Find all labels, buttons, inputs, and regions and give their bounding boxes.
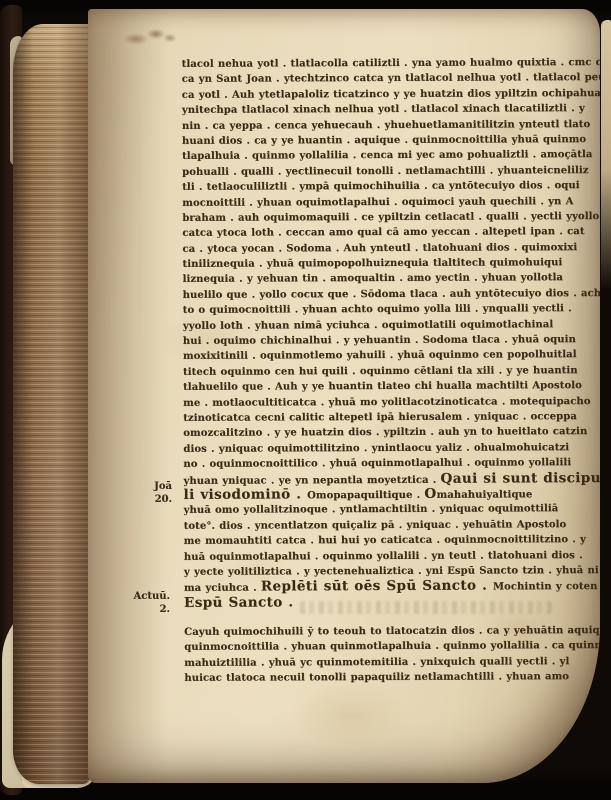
manuscript-line: to o quimocnoittili . yhuan achto oquimo… bbox=[183, 301, 587, 318]
manuscript-line: huani dios . ca y ye huantin . aquique .… bbox=[182, 132, 586, 149]
text-segment: moxixitinili . oquinmotlemo yahuili . yh… bbox=[183, 350, 577, 363]
manuscript-line: me momauhtiti catca . hui hui yo caticat… bbox=[184, 532, 588, 549]
manuscript-line: tzinoticatca cecni calitic altepetl ipā … bbox=[183, 409, 587, 426]
text-segment: me momauhtiti catca . hui hui yo caticat… bbox=[184, 534, 586, 547]
paragraph: Cayuh quimochihuili ȳ to teouh to tlatoc… bbox=[184, 623, 588, 686]
text-segment: ca yn Sant Joan . ytechtzinco catca yn t… bbox=[182, 72, 600, 85]
manuscript-line: tlahuelilo que . Auh y ye huantin tlateo… bbox=[183, 378, 587, 395]
text-segment: braham . auh oquimomaquili . ce ypiltzin… bbox=[182, 211, 599, 224]
text-segment: ynitechpa tlatlacol xinach nelhua yotl .… bbox=[182, 103, 585, 116]
manuscript-line: hui . oquimo chichinalhui . y yehuantin … bbox=[183, 332, 587, 349]
text-segment: tlacol nehua yotl . tlatlacolla catilizt… bbox=[182, 57, 600, 70]
manuscript-line: ca . ytoca yocan . Sodoma . Auh ynteutl … bbox=[182, 240, 586, 257]
manuscript-line: tiniliznequia . yhuā quimopopolhuiznequi… bbox=[183, 255, 587, 272]
manuscript-line: tlapalhuia . quinmo yollalilia . cenca m… bbox=[182, 147, 586, 164]
manuscript-text: tlacol nehua yotl . tlatlacolla catilizt… bbox=[182, 55, 589, 686]
text-segment: nin . ca yeppa . cenca yehuecauh . yhueh… bbox=[182, 119, 590, 132]
manuscript-line: Espū Sancto . bbox=[184, 594, 588, 611]
text-segment: Replēti sūt oēs Spū Sancto . bbox=[261, 578, 493, 595]
manuscript-line: yhuan yniquac . ye yn nepantla moyetztic… bbox=[183, 471, 587, 488]
manuscript-line: nin . ca yeppa . cenca yehuecauh . yhueh… bbox=[182, 117, 586, 134]
manuscript-line: huā oquinmotlapalhui . oquinmo yollalili… bbox=[184, 548, 588, 565]
manuscript-line: catca ytoca loth . ceccan amo qual cā am… bbox=[182, 224, 586, 241]
gutter-shadow bbox=[88, 9, 184, 783]
text-segment: no . oquinmocnoittilico . yhuā oquinmotl… bbox=[183, 457, 571, 470]
text-segment: tli . tetlaoculiliztli . ympā quimochihu… bbox=[182, 180, 580, 193]
margin-note-acts-2: Actuū. 2. bbox=[126, 590, 170, 616]
manuscript-line: tli . tetlaoculiliztli . ympā quimochihu… bbox=[182, 178, 586, 195]
text-segment: quinmocnoittilia . yhuan quinmotlapalhui… bbox=[184, 640, 600, 653]
manuscript-line: quinmocnoittilia . yhuan quinmotlapalhui… bbox=[184, 639, 588, 656]
text-segment: huani dios . ca y ye huantin . aquique .… bbox=[182, 134, 586, 147]
manuscript-line: tote°. dios . yncentlatzon quiçaliz pā .… bbox=[184, 517, 588, 534]
text-segment: me . motlaocultiticatca . yhuā mo yolitl… bbox=[183, 396, 590, 409]
manuscript-photo: Joā 20. Actuū. 2. tlacol nehua yotl . tl… bbox=[0, 0, 611, 800]
text-segment: tote°. dios . yncentlatzon quiçaliz pā .… bbox=[184, 519, 567, 532]
manuscript-line: huicac tlatoca necuil tonolli papaquiliz… bbox=[184, 669, 588, 686]
manuscript-line: yyollo loth . yhuan nimā yciuhca . oquim… bbox=[183, 317, 587, 334]
text-segment: mahuiztililia . yhuā yc quinmotemitilia … bbox=[184, 656, 569, 669]
manuscript-line: liznequia . y yehuan tin . amoqualtin . … bbox=[183, 271, 587, 288]
text-segment: pohualli . qualli . yectlinecuil tonolli… bbox=[182, 165, 588, 178]
text-segment: Qaui si sunt discipu bbox=[440, 470, 600, 487]
manuscript-line: tlacol nehua yotl . tlatlacolla catilizt… bbox=[182, 55, 586, 72]
manuscript-line: ma yciuhca . Replēti sūt oēs Spū Sancto … bbox=[184, 578, 588, 595]
text-segment: ca . ytoca yocan . Sodoma . Auh ynteutl … bbox=[182, 242, 577, 255]
text-segment: tlahuelilo que . Auh y ye huantin tlateo… bbox=[183, 380, 582, 393]
manuscript-line: moxixitinili . oquinmotlemo yahuili . yh… bbox=[183, 348, 587, 365]
manuscript-line: pohualli . qualli . yectlinecuil tonolli… bbox=[182, 163, 586, 180]
text-segment: tzinoticatca cecni calitic altepetl ipā … bbox=[183, 411, 577, 424]
text-segment: tlapalhuia . quinmo yollalilia . cenca m… bbox=[182, 149, 592, 162]
manuscript-line: huelilo que . yollo cocux que . Sōdoma t… bbox=[183, 286, 587, 303]
paragraph: tlacol nehua yotl . tlatlacolla catilizt… bbox=[182, 55, 588, 611]
manuscript-line: ynitechpa tlatlacol xinach nelhua yotl .… bbox=[182, 101, 586, 118]
manuscript-page: Joā 20. Actuū. 2. tlacol nehua yotl . tl… bbox=[88, 9, 600, 783]
text-segment: li visodominō . bbox=[184, 486, 308, 503]
text-segment: titech oquinmo cen hui quili . oquinmo c… bbox=[183, 365, 578, 378]
text-segment: yyollo loth . yhuan nimā yciuhca . oquim… bbox=[183, 319, 553, 332]
book-fore-edge-pages bbox=[13, 24, 91, 784]
text-segment: to o quimocnoittili . yhuan achto oquimo… bbox=[183, 303, 572, 316]
manuscript-line: dios . yniquac oquimottilitzino . ynintl… bbox=[183, 440, 587, 457]
text-segment: catca ytoca loth . ceccan amo qual cā am… bbox=[182, 226, 584, 239]
margin-note-john-20: Joā 20. bbox=[128, 480, 172, 506]
manuscript-line: li visodominō . Omopapaquiltique . Omaha… bbox=[184, 486, 588, 503]
manuscript-line: yhuā omo yollalitzinoque . yntlamachtilt… bbox=[184, 501, 588, 518]
text-segment: Cayuh quimochihuili ȳ to teouh to tlatoc… bbox=[184, 625, 600, 638]
margin-note-chapter: 20. bbox=[128, 493, 172, 506]
text-segment: ca yotl . Auh ytetlapaloliz ticatzinco y… bbox=[182, 88, 600, 101]
text-segment: huā oquinmotlapalhui . oquinmo yollalili… bbox=[184, 550, 583, 563]
manuscript-line: ca yn Sant Joan . ytechtzinco catca yn t… bbox=[182, 71, 586, 88]
text-segment: Mochintin y coten que ʒ bbox=[493, 581, 600, 593]
margin-note-book: Joā bbox=[128, 480, 172, 493]
text-segment: huelilo que . yollo cocux que . Sōdoma t… bbox=[183, 288, 600, 301]
margin-note-book: Actuū. bbox=[126, 590, 170, 603]
manuscript-line: mahuiztililia . yhuā yc quinmotemitilia … bbox=[184, 654, 588, 671]
text-segment: mocnoittili . yhuan oquimotlapalhui . oq… bbox=[182, 196, 573, 209]
text-segment: y yecte yolitiliztica . y yectenehualizt… bbox=[184, 565, 599, 578]
text-segment: huicac tlatoca necuil tonolli papaquiliz… bbox=[184, 671, 569, 684]
text-segment: tiniliznequia . yhuā quimopopolhuiznequi… bbox=[183, 257, 563, 270]
text-segment: Espū Sancto . bbox=[184, 594, 293, 610]
manuscript-line: Cayuh quimochihuili ȳ to teouh to tlatoc… bbox=[184, 623, 588, 640]
manuscript-line: mocnoittili . yhuan oquimotlapalhui . oq… bbox=[182, 194, 586, 211]
text-segment: mahahuiyaltique bbox=[437, 489, 533, 500]
manuscript-line: me . motlaocultiticatca . yhuā mo yolitl… bbox=[183, 394, 587, 411]
text-segment: dios . yniquac oquimottilitzino . ynintl… bbox=[183, 442, 569, 455]
text-segment: Omopapaquiltique . bbox=[307, 490, 424, 502]
manuscript-line: titech oquinmo cen hui quili . oquinmo c… bbox=[183, 363, 587, 380]
text-segment: yhuan yniquac . ye yn nepantla moyetztic… bbox=[183, 474, 440, 486]
manuscript-line: ca yotl . Auh ytetlapaloliz ticatzinco y… bbox=[182, 86, 586, 103]
text-segment: omozcalitzino . y ye huatzin dios . ypil… bbox=[183, 426, 587, 439]
ink-stain bbox=[112, 23, 182, 55]
text-segment: O bbox=[424, 486, 436, 502]
margin-note-chapter: 2. bbox=[126, 603, 170, 616]
facing-page-sliver bbox=[601, 20, 611, 290]
text-segment: yhuā omo yollalitzinoque . yntlamachtilt… bbox=[184, 504, 559, 517]
text-segment: hui . oquimo chichinalhui . y yehuantin … bbox=[183, 334, 576, 347]
text-segment: liznequia . y yehuan tin . amoqualtin . … bbox=[183, 273, 563, 286]
text-segment: ma yciuhca . bbox=[184, 583, 261, 594]
manuscript-line: omozcalitzino . y ye huatzin dios . ypil… bbox=[183, 424, 587, 441]
manuscript-line: braham . auh oquimomaquili . ce ypiltzin… bbox=[182, 209, 586, 226]
